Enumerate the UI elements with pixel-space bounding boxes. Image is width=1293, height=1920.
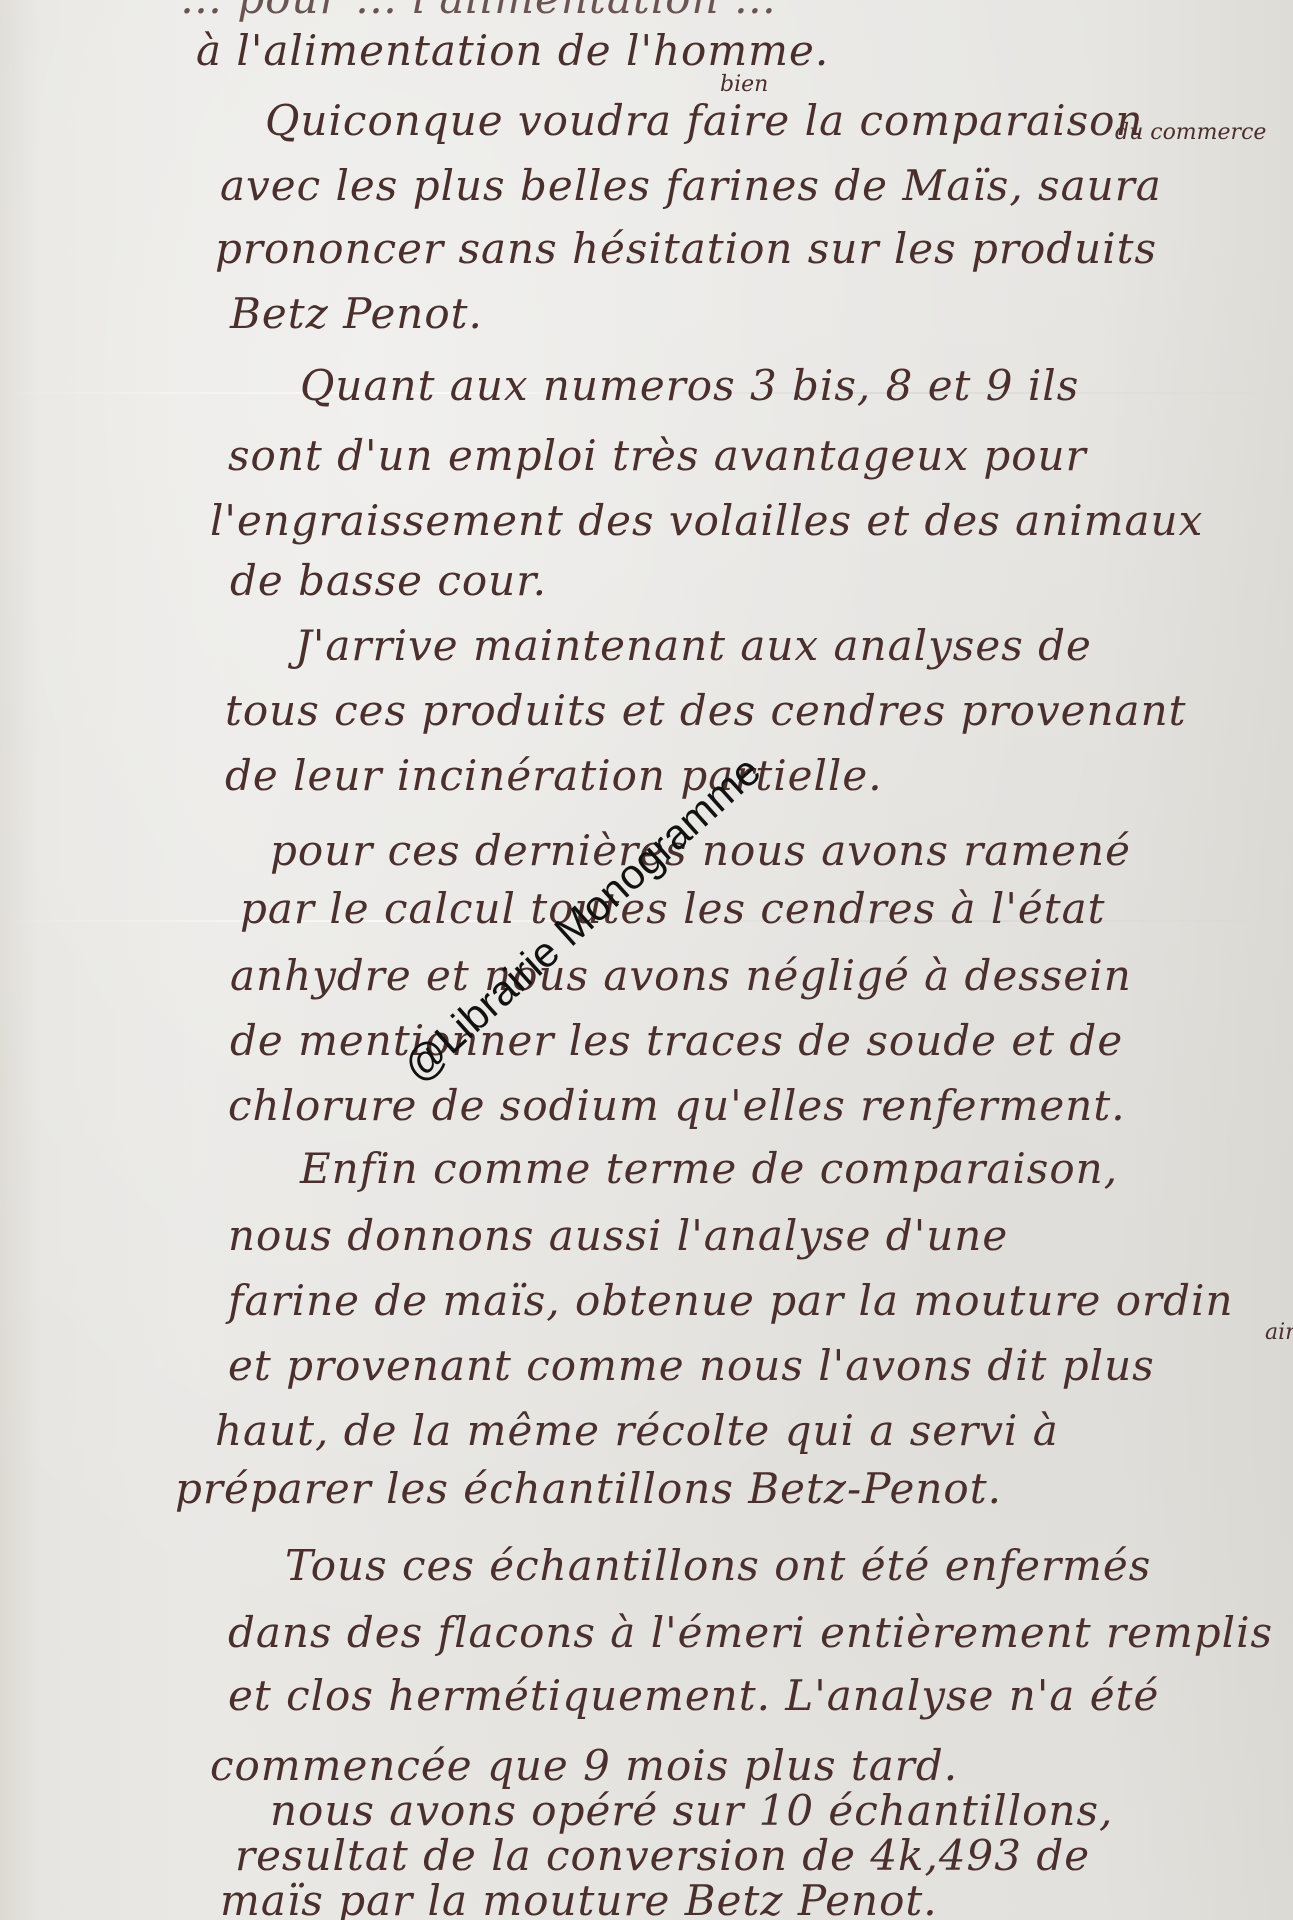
manuscript-line: haut, de la même récolte qui a servi à — [215, 1410, 1059, 1452]
manuscript-line: avec les plus belles farines de Maïs, sa… — [220, 165, 1162, 207]
manuscript-line: dans des flacons à l'émeri entièrement r… — [228, 1612, 1273, 1654]
manuscript-line: à l'alimentation de l'homme. — [196, 30, 829, 72]
manuscript-line: maïs par la mouture Betz Penot. — [220, 1880, 938, 1920]
manuscript-line: l'engraissement des volailles et des ani… — [210, 500, 1203, 542]
manuscript-line: de mentionner les traces de soude et de — [230, 1020, 1123, 1062]
manuscript-line: nous donnons aussi l'analyse d'une — [228, 1215, 1008, 1257]
manuscript-line: prononcer sans hésitation sur les produi… — [215, 228, 1157, 270]
manuscript-line: anhydre et nous avons négligé à dessein — [230, 955, 1132, 997]
interlinear-insertion: du commerce — [1115, 120, 1266, 145]
interlinear-insertion: bien — [720, 72, 768, 97]
manuscript-line: Tous ces échantillons ont été enfermés — [285, 1545, 1151, 1587]
manuscript-line: préparer les échantillons Betz-Penot. — [175, 1468, 1002, 1510]
manuscript-line: resultat de la conversion de 4k,493 de — [235, 1835, 1090, 1877]
manuscript-line: J'arrive maintenant aux analyses de — [295, 625, 1092, 667]
manuscript-line: Quiconque voudra faire la comparaison — [265, 100, 1143, 142]
interlinear-insertion: aire — [1265, 1320, 1293, 1345]
manuscript-line: … pour … l'alimentation … — [180, 0, 777, 20]
manuscript-line: farine de maïs, obtenue par la mouture o… — [228, 1280, 1234, 1322]
manuscript-line: Betz Penot. — [230, 293, 483, 335]
manuscript-line: et provenant comme nous l'avons dit plus — [228, 1345, 1155, 1387]
manuscript-line: tous ces produits et des cendres provena… — [225, 690, 1187, 732]
manuscript-line: commencée que 9 mois plus tard. — [210, 1745, 958, 1787]
manuscript-line: et clos hermétiquement. L'analyse n'a ét… — [228, 1675, 1159, 1717]
manuscript-line: de leur incinération partielle. — [225, 755, 883, 797]
manuscript-line: chlorure de sodium qu'elles renferment. — [228, 1085, 1126, 1127]
manuscript-line: Quant aux numeros 3 bis, 8 et 9 ils — [300, 365, 1079, 407]
manuscript-line: nous avons opéré sur 10 échantillons, — [270, 1790, 1113, 1832]
manuscript-page: … pour … l'alimentation … à l'alimentati… — [0, 0, 1293, 1920]
manuscript-line: sont d'un emploi très avantageux pour — [228, 435, 1087, 477]
manuscript-line: de basse cour. — [230, 560, 547, 602]
manuscript-line: par le calcul toutes les cendres à l'éta… — [240, 888, 1106, 930]
manuscript-line: Enfin comme terme de comparaison, — [300, 1148, 1118, 1190]
